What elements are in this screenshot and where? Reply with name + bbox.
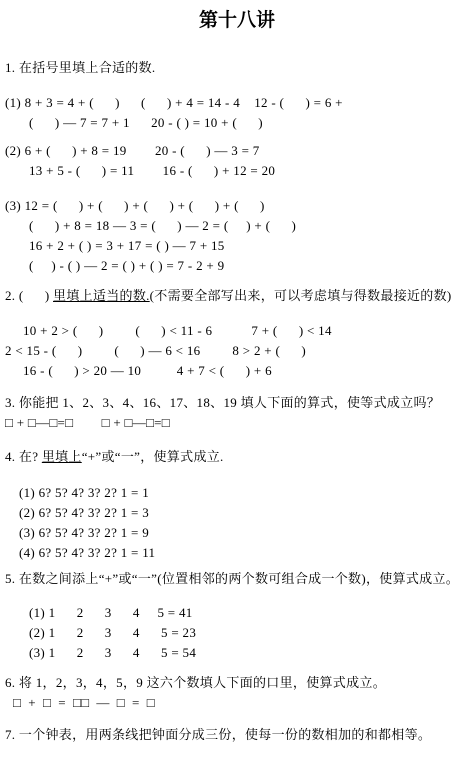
- q4-heading: 4. 在? 里填上“+”或“一”，使算式成立.: [5, 447, 469, 467]
- q4-item2: (2) 6? 5? 4? 3? 2? 1 = 3: [5, 503, 469, 523]
- q6-equation: □ + □ = □□ — □ = □: [5, 693, 469, 713]
- q3-equation: □ + □—□=□ □ + □—□=□: [5, 413, 469, 433]
- q6-heading: 6. 将 1，2，3，4，5，9 这六个数填人下面的口里，使算式成立。: [5, 673, 469, 693]
- q1-part1-line1: (1) 8 + 3 = 4 + ( ) ( ) + 4 = 14 - 4 12 …: [5, 93, 469, 113]
- q4-item4: (4) 6? 5? 4? 3? 2? 1 = 11: [5, 543, 469, 563]
- q4-heading-underlined: 里填上: [42, 449, 82, 464]
- q4-heading-prefix: 4. 在?: [5, 449, 42, 464]
- q2-line1: 10 + 2 > ( ) ( ) < 11 - 6 7 + ( ) < 14: [5, 321, 469, 341]
- q1-part3-line4: ( ) - ( ) — 2 = ( ) + ( ) = 7 - 2 + 9: [5, 256, 469, 276]
- q2-heading-underlined: 里填上适当的数.: [53, 288, 150, 303]
- page-title: 第十八讲: [5, 8, 469, 34]
- q3-heading: 3. 你能把 1、2、3、4、16、17、18、19 填人下面的算式，使等式成立…: [5, 393, 469, 413]
- q5-item1: (1) 1 2 3 4 5 = 41: [5, 603, 469, 623]
- q1-heading: 1. 在括号里填上合适的数.: [5, 58, 469, 78]
- q4-heading-suffix: “+”或“一”，使算式成立.: [82, 449, 224, 464]
- q2-line3: 16 - ( ) > 20 — 10 4 + 7 < ( ) + 6: [5, 361, 469, 381]
- q4-item3: (3) 6? 5? 4? 3? 2? 1 = 9: [5, 523, 469, 543]
- q5-item2: (2) 1 2 3 4 5 = 23: [5, 623, 469, 643]
- q1-part2-line2: 13 + 5 - ( ) = 11 16 - ( ) + 12 = 20: [5, 161, 469, 181]
- q2-heading: 2. ( ) 里填上适当的数.(不需要全部写出来，可以考虑填与得数最接近的数): [5, 286, 469, 306]
- q1-part2-line1: (2) 6 + ( ) + 8 = 19 20 - ( ) — 3 = 7: [5, 141, 469, 161]
- q5-heading: 5. 在数之间添上“+”或“一”(位置相邻的两个数可组合成一个数)，使算式成立。: [5, 569, 469, 589]
- q2-line2: 2 < 15 - ( ) ( ) — 6 < 16 8 > 2 + ( ): [5, 341, 469, 361]
- q2-heading-prefix: 2. ( ): [5, 288, 53, 303]
- q1-part1-line2: ( ) — 7 = 7 + 1 20 - ( ) = 10 + ( ): [5, 113, 469, 133]
- q1-part3-line1: (3) 12 = ( ) + ( ) + ( ) + ( ) + ( ): [5, 196, 469, 216]
- q5-item3: (3) 1 2 3 4 5 = 54: [5, 643, 469, 663]
- q4-item1: (1) 6? 5? 4? 3? 2? 1 = 1: [5, 483, 469, 503]
- q2-heading-suffix: (不需要全部写出来，可以考虑填与得数最接近的数): [150, 288, 452, 303]
- q7-heading: 7. 一个钟表，用两条线把钟面分成三份，使每一份的数相加的和都相等。: [5, 725, 469, 745]
- worksheet-page: 第十八讲 1. 在括号里填上合适的数. (1) 8 + 3 = 4 + ( ) …: [0, 0, 473, 757]
- q1-part3-line3: 16 + 2 + ( ) = 3 + 17 = ( ) — 7 + 15: [5, 236, 469, 256]
- q1-part3-line2: ( ) + 8 = 18 — 3 = ( ) — 2 = ( ) + ( ): [5, 216, 469, 236]
